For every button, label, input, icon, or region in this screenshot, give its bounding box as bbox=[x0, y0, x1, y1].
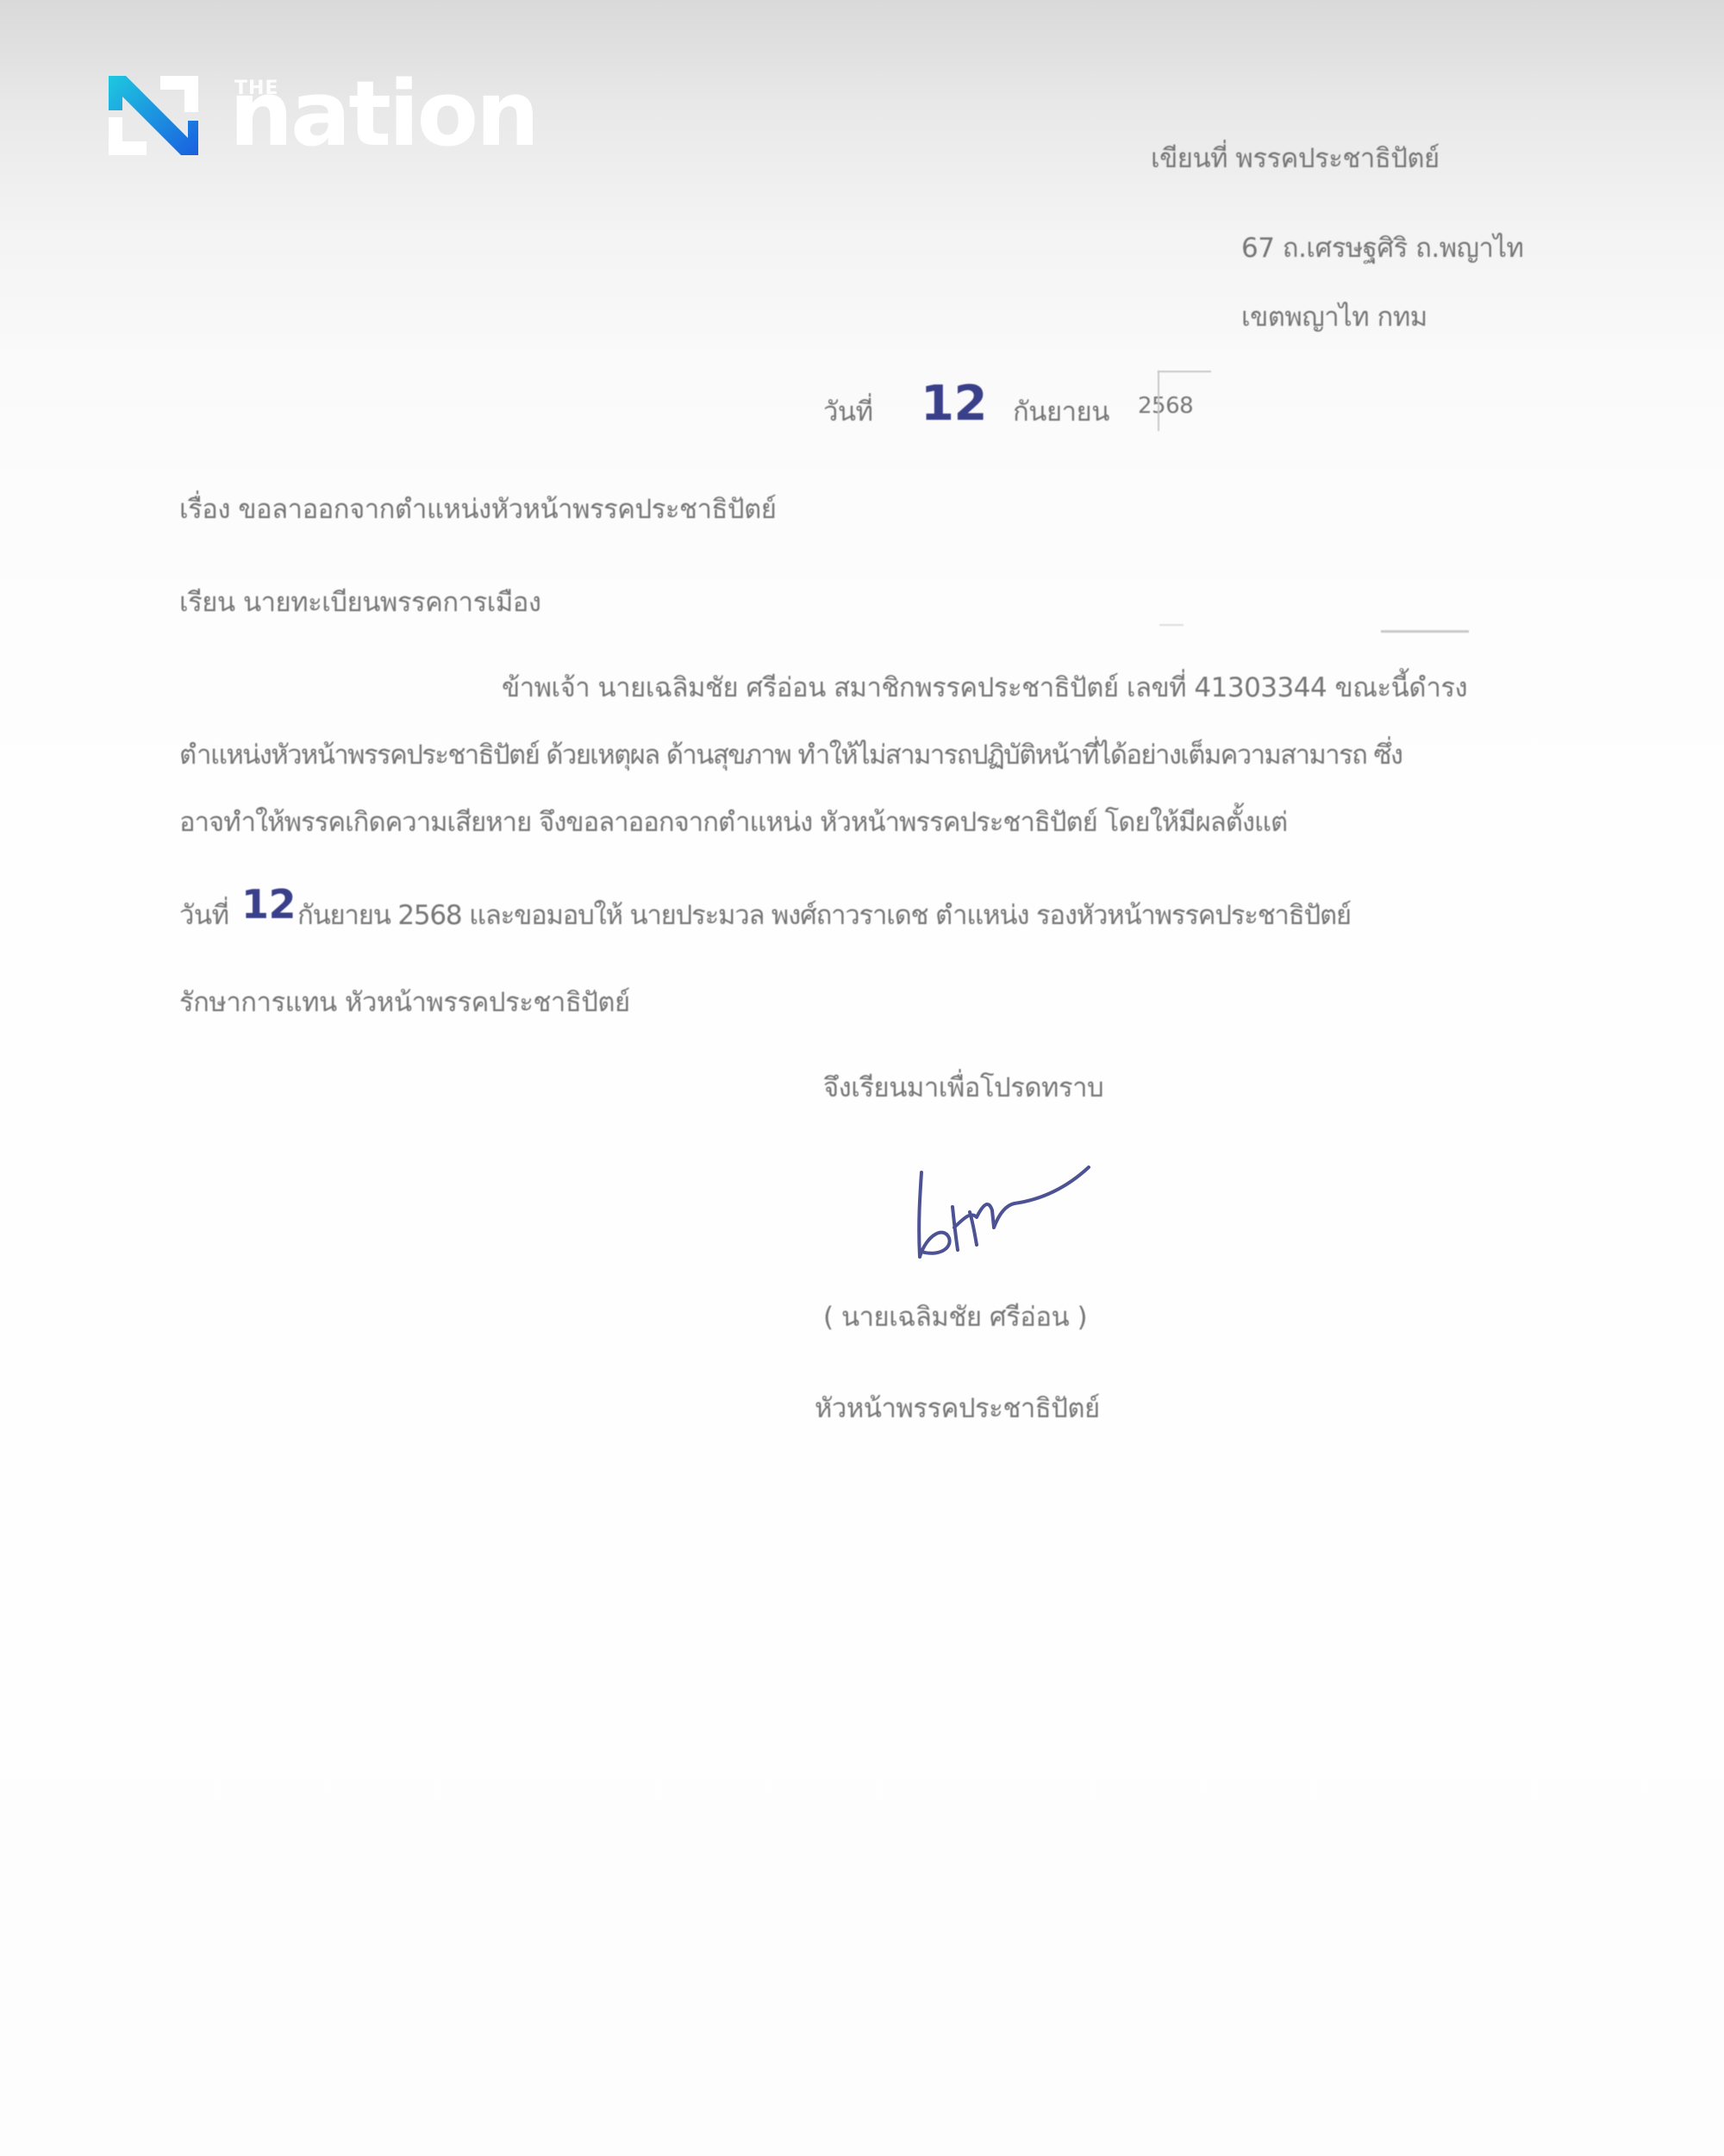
letter-addressee: เรียน นายทะเบียนพรรคการเมือง bbox=[179, 580, 541, 623]
year-bracket-mark bbox=[1158, 371, 1159, 431]
scanned-letter-page: THE nation เขียนที่ พรรคประชาธิปัตย์ 67 … bbox=[0, 0, 1724, 2156]
scan-mark bbox=[1159, 624, 1184, 626]
nation-n-logo-icon bbox=[109, 74, 198, 157]
address-line-2: เขตพญาไท กทม bbox=[1241, 295, 1427, 338]
body-line-1: ข้าพเจ้า นายเฉลิมชัย ศรีอ่อน สมาชิกพรรคป… bbox=[502, 666, 1467, 709]
address-line-1: 67 ถ.เศรษฐศิริ ถ.พญาไท bbox=[1241, 226, 1523, 269]
year-bracket-top bbox=[1158, 371, 1211, 372]
handwritten-signature bbox=[909, 1155, 1099, 1276]
date-year: 2568 bbox=[1138, 393, 1193, 419]
date-prefix: วันที่ bbox=[823, 390, 873, 433]
body-line-4-rest: กันยายน 2568 และขอมอบให้ นายประมวล พงศ์ถ… bbox=[297, 893, 1351, 936]
body-line-4-prefix: วันที่ bbox=[179, 893, 229, 936]
logo-nation-wordmark: nation bbox=[229, 69, 537, 159]
body-line-3: อาจทำให้พรรคเกิดความเสียหาย จึงขอลาออกจา… bbox=[179, 800, 1287, 843]
letter-closing: จึงเรียนมาเพื่อโปรดทราบ bbox=[823, 1066, 1103, 1109]
body-line-5: รักษาการแทน หัวหน้าพรรคประชาธิปัตย์ bbox=[179, 980, 630, 1023]
body-line-2: ตำแหน่งหัวหน้าพรรคประชาธิปัตย์ ด้วยเหตุผ… bbox=[179, 733, 1402, 776]
letter-subject: เรื่อง ขอลาออกจากตำแหน่งหัวหน้าพรรคประชา… bbox=[179, 487, 776, 530]
date-month: กันยายน bbox=[1013, 390, 1109, 433]
scan-mark bbox=[1381, 630, 1469, 633]
written-at-line: เขียนที่ พรรคประชาธิปัตย์ bbox=[1151, 136, 1440, 179]
handwritten-day-body: 12 bbox=[241, 881, 296, 928]
signatory-title: หัวหน้าพรรคประชาธิปัตย์ bbox=[815, 1386, 1100, 1429]
handwritten-day: 12 bbox=[921, 376, 987, 432]
signatory-name: ( นายเฉลิมชัย ศรีอ่อน ) bbox=[823, 1295, 1087, 1338]
the-nation-watermark-logo: THE nation bbox=[109, 74, 557, 169]
